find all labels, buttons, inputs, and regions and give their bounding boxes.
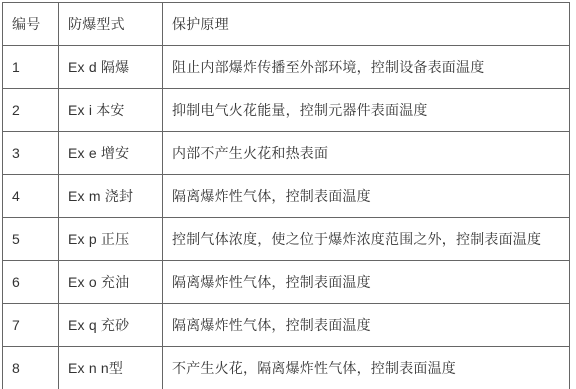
cell-principle: 控制气体浓度，使之位于爆炸浓度范围之外，控制表面温度 xyxy=(163,218,570,261)
table-row: 3 Ex e 增安 内部不产生火花和热表面 xyxy=(3,132,570,175)
cell-type: Ex i 本安 xyxy=(59,89,163,132)
cell-type: Ex d 隔爆 xyxy=(59,46,163,89)
header-cell-no: 编号 xyxy=(3,3,59,46)
cell-type: Ex e 增安 xyxy=(59,132,163,175)
cell-type: Ex q 充砂 xyxy=(59,304,163,347)
cell-no: 3 xyxy=(3,132,59,175)
cell-principle: 内部不产生火花和热表面 xyxy=(163,132,570,175)
cell-no: 1 xyxy=(3,46,59,89)
cell-no: 7 xyxy=(3,304,59,347)
header-row: 编号 防爆型式 保护原理 xyxy=(3,3,570,46)
table-row: 1 Ex d 隔爆 阻止内部爆炸传播至外部环境，控制设备表面温度 xyxy=(3,46,570,89)
cell-principle: 不产生火花，隔离爆炸性气体，控制表面温度 xyxy=(163,347,570,389)
cell-principle: 隔离爆炸性气体，控制表面温度 xyxy=(163,261,570,304)
cell-no: 2 xyxy=(3,89,59,132)
table-row: 5 Ex p 正压 控制气体浓度，使之位于爆炸浓度范围之外，控制表面温度 xyxy=(3,218,570,261)
table-row: 6 Ex o 充油 隔离爆炸性气体，控制表面温度 xyxy=(3,261,570,304)
table-row: 4 Ex m 浇封 隔离爆炸性气体，控制表面温度 xyxy=(3,175,570,218)
cell-type: Ex o 充油 xyxy=(59,261,163,304)
cell-principle: 抑制电气火花能量，控制元器件表面温度 xyxy=(163,89,570,132)
cell-no: 4 xyxy=(3,175,59,218)
explosion-proof-types-table: 编号 防爆型式 保护原理 1 Ex d 隔爆 阻止内部爆炸传播至外部环境，控制设… xyxy=(2,2,570,389)
table-row: 7 Ex q 充砂 隔离爆炸性气体，控制表面温度 xyxy=(3,304,570,347)
cell-type: Ex n n型 xyxy=(59,347,163,389)
cell-type: Ex p 正压 xyxy=(59,218,163,261)
header-cell-type: 防爆型式 xyxy=(59,3,163,46)
header-cell-principle: 保护原理 xyxy=(163,3,570,46)
cell-principle: 阻止内部爆炸传播至外部环境，控制设备表面温度 xyxy=(163,46,570,89)
cell-no: 8 xyxy=(3,347,59,389)
cell-principle: 隔离爆炸性气体，控制表面温度 xyxy=(163,304,570,347)
cell-no: 5 xyxy=(3,218,59,261)
cell-type: Ex m 浇封 xyxy=(59,175,163,218)
table-row: 2 Ex i 本安 抑制电气火花能量，控制元器件表面温度 xyxy=(3,89,570,132)
table-row: 8 Ex n n型 不产生火花，隔离爆炸性气体，控制表面温度 xyxy=(3,347,570,389)
cell-principle: 隔离爆炸性气体，控制表面温度 xyxy=(163,175,570,218)
cell-no: 6 xyxy=(3,261,59,304)
